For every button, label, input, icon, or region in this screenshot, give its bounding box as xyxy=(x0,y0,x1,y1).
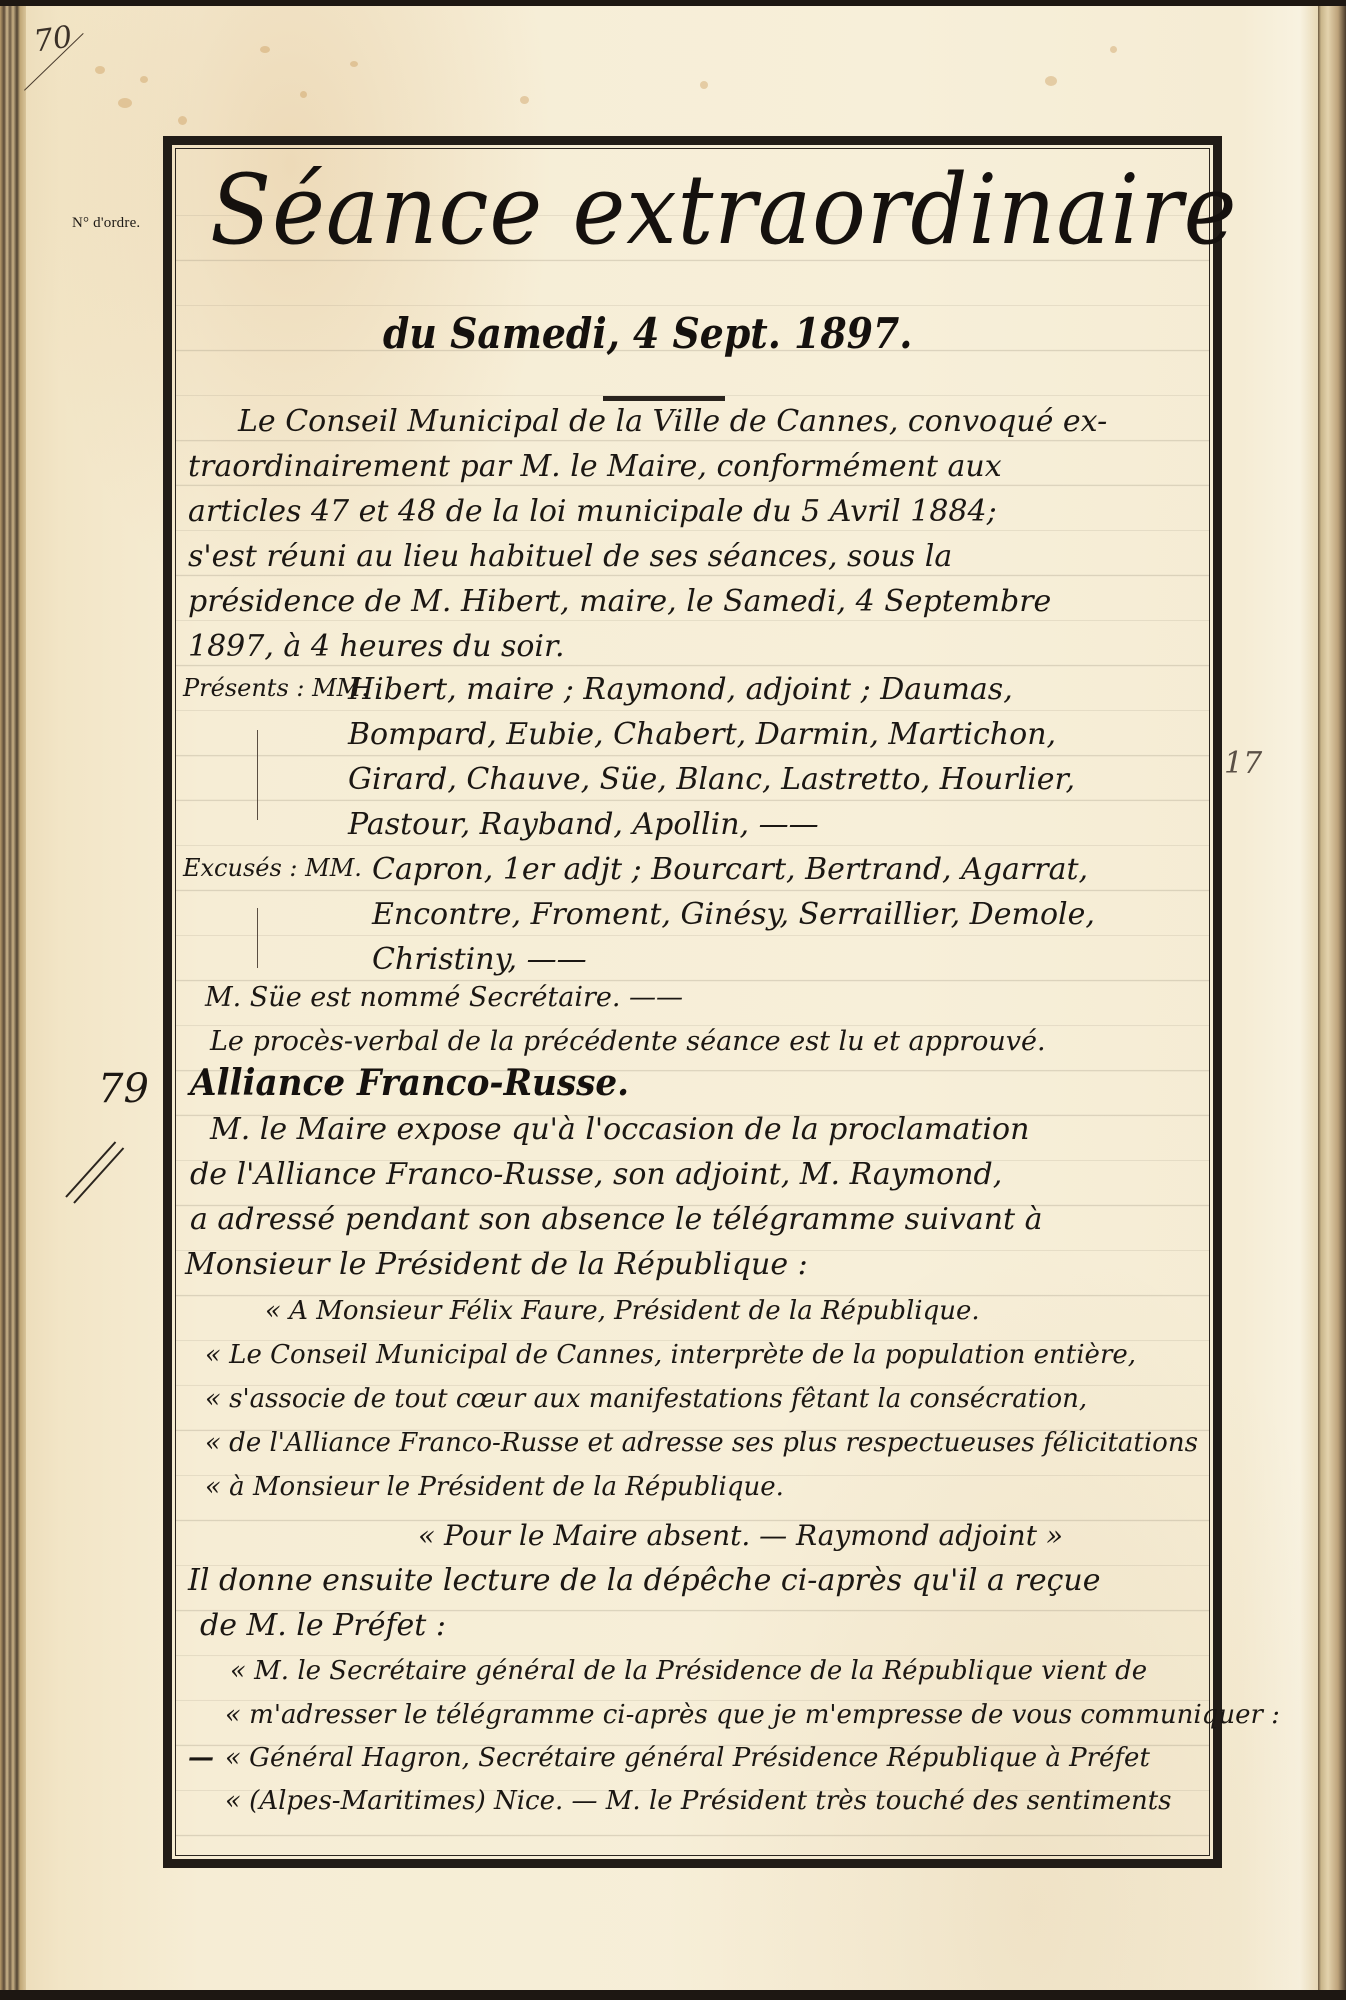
foxing-stain xyxy=(140,76,148,83)
foxing-stain xyxy=(260,46,270,53)
section-title: Alliance Franco-Russe. xyxy=(190,1062,629,1104)
section-intro-line: Monsieur le Président de la République : xyxy=(185,1247,808,1282)
session-title: Séance extraordinaire xyxy=(210,154,1237,266)
excused-line: Encontre, Froment, Ginésy, Serraillier, … xyxy=(372,897,1095,932)
prefect-dispatch-line: « Général Hagron, Secrétaire général Pré… xyxy=(225,1743,1150,1773)
foxing-stain xyxy=(1110,46,1117,53)
foxing-stain xyxy=(700,81,708,89)
opening-line: Le Conseil Municipal de la Ville de Cann… xyxy=(238,404,1107,439)
present-brace xyxy=(257,730,258,820)
foxing-stain xyxy=(178,116,187,125)
telegram-line: « à Monsieur le Président de la Républiq… xyxy=(205,1472,784,1502)
section-intro-line: de l'Alliance Franco-Russe, son adjoint,… xyxy=(190,1157,1002,1192)
present-line: Hibert, maire ; Raymond, adjoint ; Dauma… xyxy=(348,672,1013,707)
present-line: Bompard, Eubie, Chabert, Darmin, Martich… xyxy=(348,717,1056,752)
page-edge xyxy=(1318,6,1346,1990)
book-binding xyxy=(0,6,26,1990)
excused-brace xyxy=(257,908,258,968)
register-page: 70 N° d'ordre. Séance extraordinaire du … xyxy=(0,6,1320,1990)
prefect-dispatch-line: « M. le Secrétaire général de la Préside… xyxy=(230,1656,1147,1686)
session-date: du Samedi, 4 Sept. 1897. xyxy=(383,309,912,358)
followup-line: Il donne ensuite lecture de la dépêche c… xyxy=(188,1563,1100,1598)
present-label: Présents : MM. xyxy=(183,674,369,702)
excused-label: Excusés : MM. xyxy=(183,854,362,882)
secretary-line: M. Süe est nommé Secrétaire. —— xyxy=(205,982,683,1013)
telegram-line: « de l'Alliance Franco-Russe et adresse … xyxy=(205,1428,1198,1458)
margin-double-slash-mark xyxy=(66,1126,126,1206)
foxing-stain xyxy=(1045,76,1057,86)
foxing-stain xyxy=(118,98,132,108)
prefect-dispatch-dash: — xyxy=(188,1743,214,1773)
order-number-label: N° d'ordre. xyxy=(72,215,140,232)
folio-number: 70 xyxy=(32,20,75,60)
excused-line: Capron, 1er adjt ; Bourcart, Bertrand, A… xyxy=(372,852,1088,887)
title-rule xyxy=(603,396,725,401)
opening-line: s'est réuni au lieu habituel de ses séan… xyxy=(188,539,952,574)
foxing-stain xyxy=(350,61,358,67)
opening-line: 1897, à 4 heures du soir. xyxy=(188,629,565,664)
prefect-dispatch-line: « m'adresser le télégramme ci-après que … xyxy=(225,1700,1280,1730)
present-line: Girard, Chauve, Süe, Blanc, Lastretto, H… xyxy=(348,762,1075,797)
excused-line: Christiny, —— xyxy=(372,942,587,977)
foxing-stain xyxy=(95,66,105,74)
telegram-line: « Le Conseil Municipal de Cannes, interp… xyxy=(205,1340,1136,1370)
item-number: 79 xyxy=(98,1066,149,1112)
present-line: Pastour, Rayband, Apollin, —— xyxy=(348,807,819,842)
opening-line: articles 47 et 48 de la loi municipale d… xyxy=(188,494,997,529)
opening-line: présidence de M. Hibert, maire, le Samed… xyxy=(188,584,1051,619)
minutes-approval-line: Le procès-verbal de la précédente séance… xyxy=(210,1026,1046,1057)
telegram-signature: « Pour le Maire absent. — Raymond adjoin… xyxy=(418,1519,1063,1552)
opening-line: traordinairement par M. le Maire, confor… xyxy=(188,449,1002,484)
present-count: 17 xyxy=(1224,746,1262,781)
telegram-line: « A Monsieur Félix Faure, Président de l… xyxy=(265,1296,980,1326)
prefect-dispatch-line: « (Alpes-Maritimes) Nice. — M. le Présid… xyxy=(225,1786,1172,1816)
foxing-stain xyxy=(300,91,307,98)
section-intro-line: M. le Maire expose qu'à l'occasion de la… xyxy=(210,1112,1029,1147)
telegram-line: « s'associe de tout cœur aux manifestati… xyxy=(205,1384,1087,1414)
foxing-stain xyxy=(520,96,529,104)
section-intro-line: a adressé pendant son absence le télégra… xyxy=(190,1202,1043,1237)
followup-line: de M. le Préfet : xyxy=(200,1608,446,1643)
